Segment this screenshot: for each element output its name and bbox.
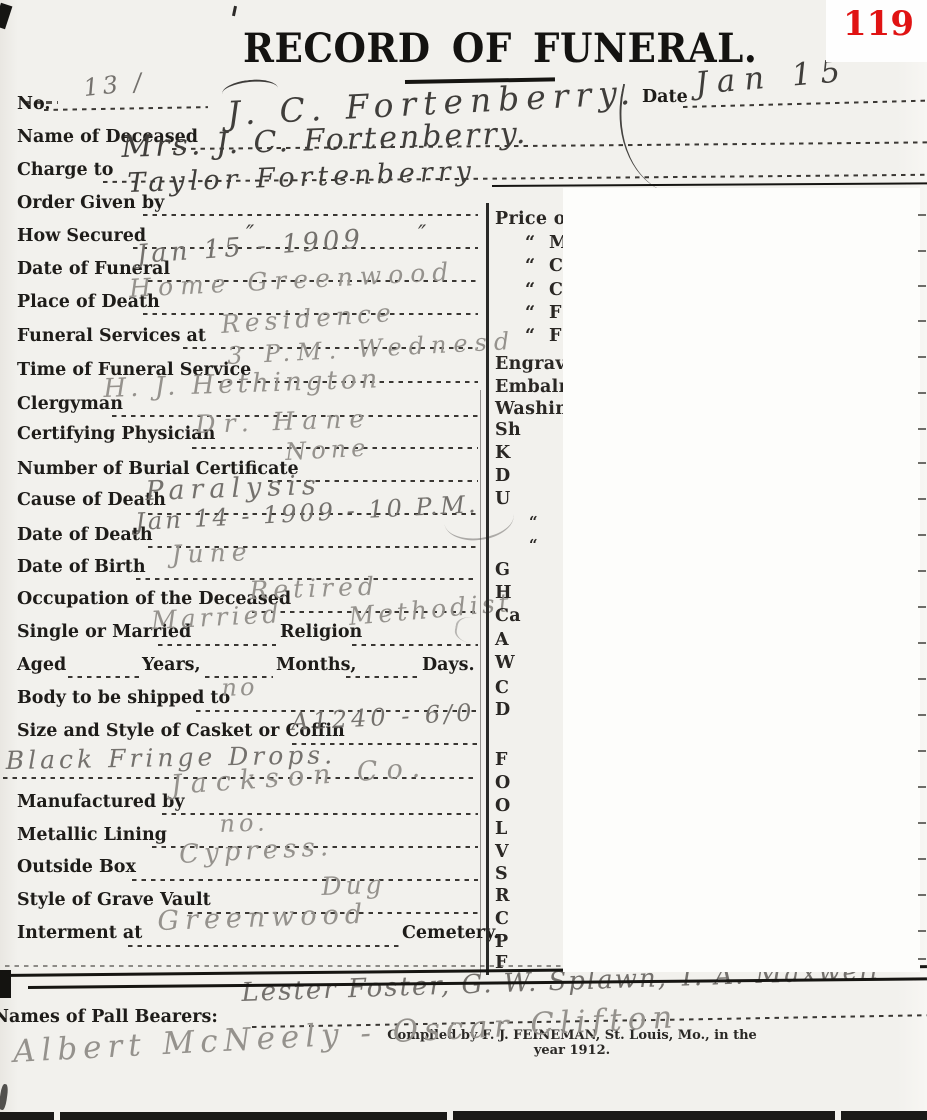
- pencil-squiggle: [453, 615, 499, 648]
- field-value-funeral-services-at: Residence: [220, 298, 397, 339]
- right-column-fragment: P: [495, 932, 508, 952]
- field-label-certifying-physician: Certifying Physician: [17, 425, 215, 444]
- scan-blot-artifact: [0, 970, 11, 998]
- scan-dash-artifact: [918, 392, 926, 394]
- right-column-fragment: H: [495, 583, 512, 603]
- scan-dash-artifact: [918, 356, 926, 358]
- scan-dash-artifact: [918, 498, 926, 500]
- right-column-fragment: R: [495, 886, 510, 906]
- scan-dash-artifact: [918, 570, 926, 572]
- field-label-aged: Aged: [17, 656, 66, 675]
- scan-dash-artifact: [918, 642, 926, 644]
- field-label-date-of-death: Date of Death: [17, 526, 153, 545]
- right-column-fragment: Sh: [495, 420, 521, 440]
- field-value-grave-vault: Dug: [321, 870, 386, 901]
- scan-dash-artifact: [918, 750, 926, 752]
- field-label-funeral-services-at: Funeral Services at: [17, 327, 206, 346]
- right-column-fragment: O: [495, 796, 511, 816]
- field-label-metallic-lining: Metallic Lining: [17, 826, 167, 845]
- scan-dash-artifact: [918, 786, 926, 788]
- right-column-fragment: “: [529, 536, 538, 554]
- field-label-months: Months,: [276, 656, 357, 675]
- field-value-interment-at: Greenwood: [157, 899, 369, 937]
- scan-dash-artifact: [918, 958, 926, 960]
- field-value-certifying-physician: Dr. Hane: [195, 404, 373, 439]
- right-column-fragment: “F: [495, 303, 562, 323]
- no-value: 13 /: [82, 68, 147, 102]
- scan-bar-artifact: [453, 1111, 835, 1120]
- right-column-fragment: V: [495, 842, 509, 862]
- right-column-fragment: “C: [495, 256, 563, 276]
- dotted-line: [352, 644, 478, 646]
- dotted-line: [68, 676, 139, 678]
- scan-dash-artifact: [918, 320, 926, 322]
- right-column-fragment: G: [495, 560, 510, 580]
- funeral-record-page: 119 RECORD OF FUNERAL. No. 13 / Date Jan…: [0, 0, 927, 1120]
- right-column-fragment: C: [495, 909, 509, 929]
- field-label-days: Days.: [422, 656, 475, 675]
- scan-tick-artifact: [232, 6, 237, 16]
- column-divider: [486, 203, 489, 975]
- scan-dash-artifact: [918, 930, 926, 932]
- right-column-fragment: “: [529, 513, 538, 531]
- right-column-fragment: C: [495, 678, 509, 698]
- dotted-line: [128, 945, 399, 947]
- field-label-charge-to: Charge to: [17, 161, 113, 180]
- field-label-cemetery: Cemetery.: [402, 924, 499, 943]
- scan-corner-artifact: [0, 3, 12, 30]
- field-label-years: Years,: [142, 656, 201, 675]
- right-column-fragment: U: [495, 489, 511, 509]
- scan-dash-artifact: [918, 858, 926, 860]
- field-value-casket-size-style: A1240 - 6/0: [291, 698, 477, 736]
- scan-dash-artifact: [918, 285, 926, 287]
- scan-dash-artifact: [918, 678, 926, 680]
- field-label-how-secured: How Secured: [17, 227, 146, 246]
- right-column-fragment: S: [495, 864, 508, 884]
- field-value-single-or-married: Married: [150, 599, 283, 635]
- field-label-manufactured-by: Manufactured by: [17, 793, 185, 812]
- scan-dash-artifact: [918, 534, 926, 536]
- right-column-fragment: “M: [495, 233, 569, 253]
- right-column-fragment: Ca: [495, 606, 521, 626]
- scan-dash-artifact: [918, 822, 926, 824]
- whiteout-region: [563, 188, 920, 972]
- right-column-fragment: “F: [495, 326, 562, 346]
- scan-bar-artifact: [60, 1112, 447, 1120]
- dotted-line: [158, 644, 276, 646]
- no-dotted-line: [44, 106, 208, 111]
- field-value-date-of-birth: June: [171, 537, 253, 569]
- scan-bar-artifact: [0, 1112, 54, 1120]
- scan-dash-artifact: [918, 714, 926, 716]
- pen-hook-artifact: [0, 1084, 9, 1111]
- right-column-fragment: O: [495, 773, 511, 793]
- right-column-fragment: W: [495, 653, 515, 673]
- right-column-fragment: L: [495, 819, 508, 839]
- field-label-body-shipped-to: Body to be shipped to: [17, 689, 230, 708]
- field-label-outside-box: Outside Box: [17, 858, 136, 877]
- scan-dash-artifact: [918, 462, 926, 464]
- right-column-fragment: “C: [495, 280, 563, 300]
- field-value-outside-box: Cypress.: [178, 832, 333, 870]
- scan-dash-artifact: [918, 214, 926, 216]
- scan-dash-artifact: [918, 894, 926, 896]
- right-column-fragment: D: [495, 466, 510, 486]
- field-value-metallic-lining: no.: [219, 808, 269, 838]
- scan-dash-artifact: [918, 606, 926, 608]
- right-column-fragment: K: [495, 443, 511, 463]
- date-dotted-line: [683, 100, 927, 109]
- field-value-body-shipped-to: no: [221, 673, 258, 702]
- right-column-fragment: F: [495, 750, 508, 770]
- scan-dash-artifact: [918, 428, 926, 430]
- field-value-burial-certificate: None: [285, 434, 371, 466]
- dotted-line: [346, 676, 419, 678]
- form-title: RECORD OF FUNERAL.: [243, 24, 757, 72]
- field-label-interment-at: Interment at: [17, 924, 142, 943]
- right-column-fragment: D: [495, 700, 510, 720]
- dotted-line: [162, 813, 478, 815]
- right-column-fragment: A: [495, 630, 509, 650]
- scan-bar-artifact: [841, 1111, 927, 1120]
- field-label-date-of-birth: Date of Birth: [17, 558, 146, 577]
- page-number: 119: [843, 4, 914, 44]
- whiteout-top-border: [492, 182, 927, 187]
- dotted-line: [143, 214, 478, 216]
- field-value-how-secured-2: ″: [418, 222, 426, 247]
- scan-dash-artifact: [918, 250, 926, 252]
- column-divider-thin: [480, 390, 481, 975]
- dotted-line: [132, 879, 478, 881]
